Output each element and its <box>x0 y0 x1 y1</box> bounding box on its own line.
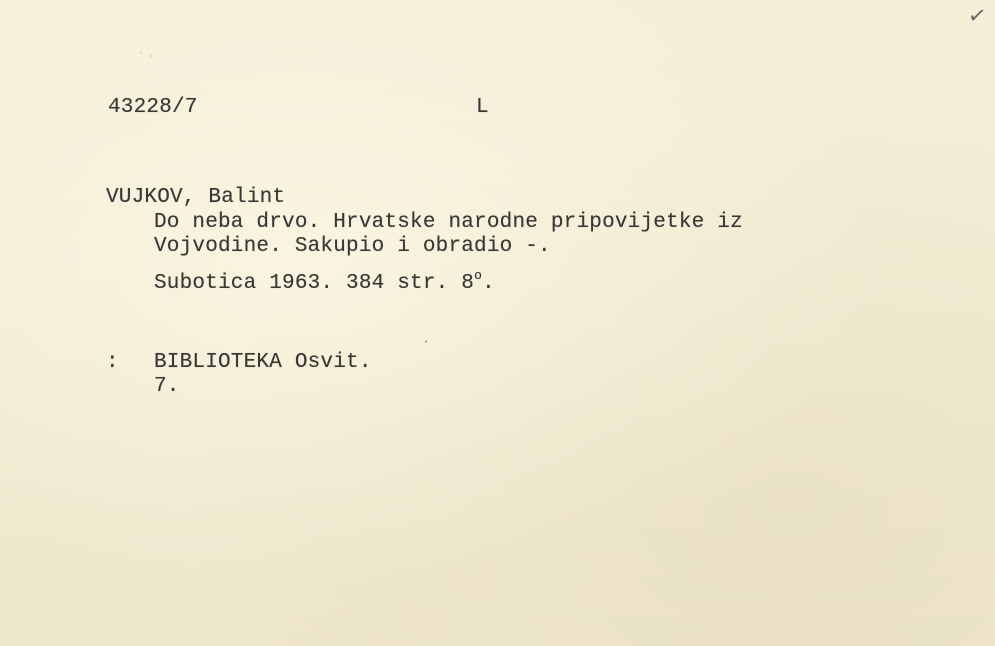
call-number: 43228/7 <box>108 97 198 119</box>
series-marker: : <box>106 352 119 374</box>
imprint-text: Subotica 1963. 384 str. 8 <box>154 272 474 295</box>
imprint-end: . <box>482 272 495 295</box>
check-mark-icon: ✓ <box>966 3 988 30</box>
format-superscript: o <box>474 268 482 283</box>
title-line-1: Do neba drvo. Hrvatske narodne pripovije… <box>154 212 743 234</box>
series-number: 7. <box>154 376 180 398</box>
author-heading: VUJKOV, Balint <box>106 187 285 209</box>
paper-speck <box>140 52 142 54</box>
imprint-line: Subotica 1963. 384 str. 8o. <box>154 273 495 296</box>
catalog-card: 43228/7 L VUJKOV, Balint Do neba drvo. H… <box>0 0 995 646</box>
paper-speck <box>425 340 427 343</box>
paper-speck <box>150 55 152 57</box>
series-name: BIBLIOTEKA Osvit. <box>154 352 372 374</box>
location-code: L <box>476 97 489 119</box>
title-line-2: Vojvodine. Sakupio i obradio -. <box>154 236 551 258</box>
